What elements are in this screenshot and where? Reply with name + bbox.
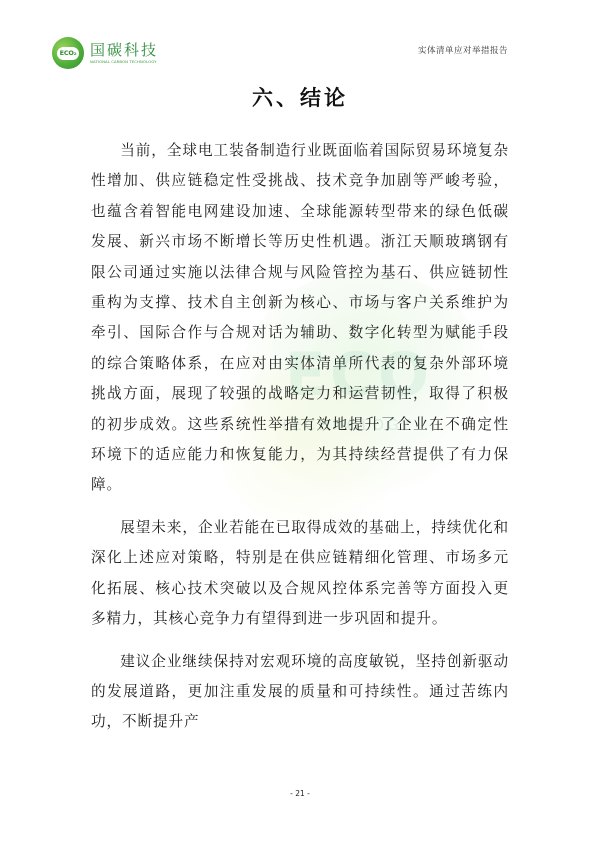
logo-wordmark: 国碳科技 NATIONAL CARBON TECHNOLOGY bbox=[90, 41, 158, 65]
logo-name-cn: 国碳科技 bbox=[90, 41, 158, 59]
page-header: ECO₂ 国碳科技 NATIONAL CARBON TECHNOLOGY 实体清… bbox=[0, 0, 600, 80]
running-title: 实体清单应对举措报告 bbox=[418, 44, 508, 56]
section-title: 六、结论 bbox=[0, 82, 600, 112]
page-number: - 21 - bbox=[0, 789, 600, 798]
paragraph-outlook: 展望未来，企业若能在已取得成效的基础上，持续优化和深化上述应对策略，特别是在供应… bbox=[91, 513, 509, 635]
paragraph-recommendation: 建议企业继续保持对宏观环境的高度敏锐，坚持创新驱动的发展道路，更加注重发展的质量… bbox=[91, 647, 509, 738]
eco-leaf-icon: ECO₂ bbox=[52, 37, 84, 69]
company-logo: ECO₂ 国碳科技 NATIONAL CARBON TECHNOLOGY bbox=[52, 37, 158, 69]
logo-name-en: NATIONAL CARBON TECHNOLOGY bbox=[90, 59, 158, 65]
logo-mark-text: ECO₂ bbox=[57, 47, 79, 60]
paragraph-current-situation: 当前，全球电工装备制造行业既面临着国际贸易环境复杂性增加、供应链稳定性受挑战、技… bbox=[91, 136, 509, 501]
section-body: 当前，全球电工装备制造行业既面临着国际贸易环境复杂性增加、供应链稳定性受挑战、技… bbox=[91, 136, 509, 750]
